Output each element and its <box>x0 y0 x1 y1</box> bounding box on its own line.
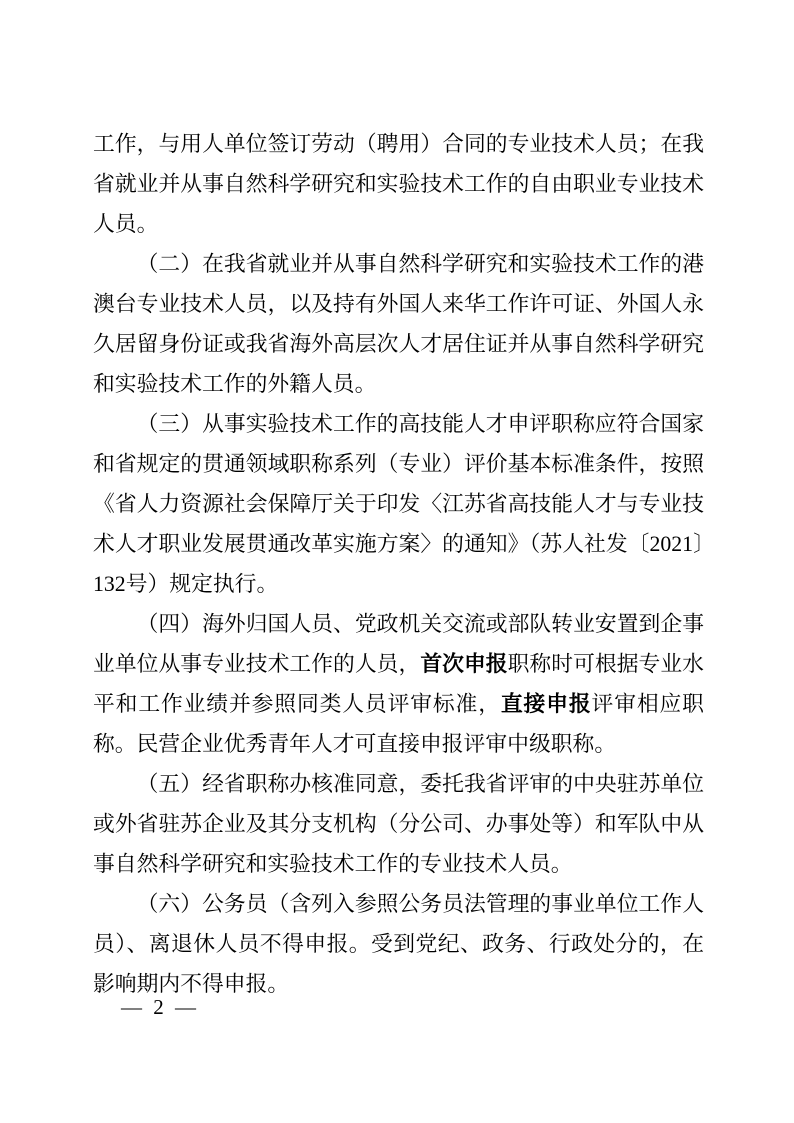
paragraph-item-6: （六）公务员（含列入参照公务员法管理的事业单位工作人员）、离退休人员不得申报。受… <box>93 884 704 1004</box>
bold-text-run: 首次申报 <box>420 652 507 676</box>
document-body: 工作，与用人单位签订劳动（聘用）合同的专业技术人员；在我省就业并从事自然科学研究… <box>93 124 704 1004</box>
paragraph-item-3: （三）从事实验技术工作的高技能人才申评职称应符合国家和省规定的贯通领域职称系列（… <box>93 404 704 604</box>
document-page: 工作，与用人单位签订劳动（聘用）合同的专业技术人员；在我省就业并从事自然科学研究… <box>0 0 794 1123</box>
text-run: 工作，与用人单位签订劳动（聘用）合同的专业技术人员；在我省就业并从事自然科学研究… <box>93 132 704 236</box>
paragraph-item-5: （五）经省职称办核准同意，委托我省评审的中央驻苏单位或外省驻苏企业及其分支机构（… <box>93 764 704 884</box>
paragraph-item-2: （二）在我省就业并从事自然科学研究和实验技术工作的港澳台专业技术人员，以及持有外… <box>93 244 704 404</box>
text-run: （五）经省职称办核准同意，委托我省评审的中央驻苏单位或外省驻苏企业及其分支机构（… <box>93 772 704 876</box>
bold-text-run: 直接申报 <box>501 692 592 716</box>
text-run: （二）在我省就业并从事自然科学研究和实验技术工作的港澳台专业技术人员，以及持有外… <box>93 252 704 396</box>
text-run: （六）公务员（含列入参照公务员法管理的事业单位工作人员）、离退休人员不得申报。受… <box>93 892 704 996</box>
paragraph-item-4: （四）海外归国人员、党政机关交流或部队转业安置到企事业单位从事专业技术工作的人员… <box>93 604 704 764</box>
paragraph-continuation: 工作，与用人单位签订劳动（聘用）合同的专业技术人员；在我省就业并从事自然科学研究… <box>93 124 704 244</box>
text-run: （三）从事实验技术工作的高技能人才申评职称应符合国家和省规定的贯通领域职称系列（… <box>93 412 704 596</box>
page-number: — 2 — <box>121 993 199 1021</box>
